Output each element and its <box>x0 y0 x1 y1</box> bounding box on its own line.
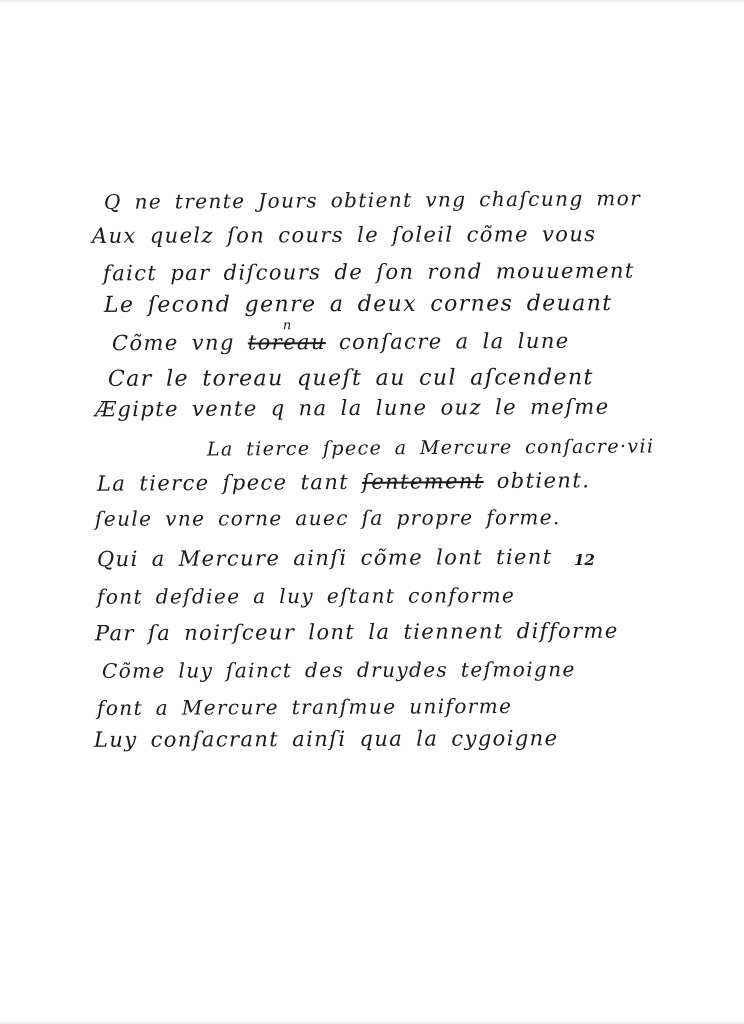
manuscript-line: Par ſa noirſceur lont la tiennent diffor… <box>95 621 619 645</box>
line-text: La tierce ſpece tant <box>97 470 362 496</box>
struck-word: ſentement <box>362 469 484 494</box>
manuscript-line: font deſdiee a luy eſtant conforme <box>97 585 515 606</box>
manuscript-line-indented: La tierce ſpece a Mercure conſacre·vii <box>207 437 655 459</box>
manuscript-line: Car le toreau queſt au cul aſcendent <box>108 367 594 391</box>
line-text: conſacre a la lune <box>326 329 570 354</box>
manuscript-line: Qui a Mercure ainſi cõme lont tient <box>97 547 553 570</box>
inserted-letter: n <box>283 319 293 332</box>
struck-word: toreaun <box>248 330 326 354</box>
manuscript-line: Aux quelz ſon cours le ſoleil cõme vous <box>92 224 596 247</box>
line-text: Cõme vng <box>112 330 248 355</box>
manuscript-line: Ægipte vente q na la lune ouz le meſme <box>95 397 610 421</box>
manuscript-line: Cõme vng toreaun conſacre a la lune <box>112 331 570 354</box>
manuscript-line: Cõme luy ſainct des druydes teſmoigne <box>102 659 576 681</box>
scan-edge-top <box>0 0 744 2</box>
manuscript-line: font a Mercure tranſmue uniforme <box>97 696 512 718</box>
manuscript-line: Q ne trente Jours obtient vng chaſcung m… <box>104 188 641 212</box>
manuscript-line: Le ſecond genre a deux cornes deuant <box>104 293 613 317</box>
manuscript-page: Q ne trente Jours obtient vng chaſcung m… <box>0 0 744 1024</box>
margin-number: 12 <box>574 551 595 569</box>
line-text: obtient. <box>484 468 591 493</box>
manuscript-line: Luy conſacrant ainſi qua la cygoigne <box>94 728 558 751</box>
manuscript-line: La tierce ſpece tant ſentement obtient. <box>97 470 590 494</box>
manuscript-line: ſeule vne corne auec ſa propre forme. <box>95 507 561 529</box>
manuscript-line: faict par diſcours de ſon rond mouuement <box>103 261 635 285</box>
